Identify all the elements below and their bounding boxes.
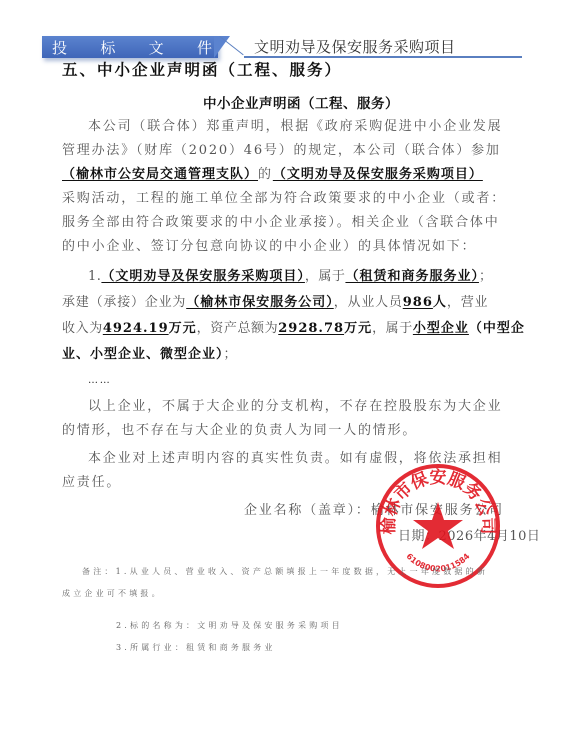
note-1-line-2: 成立企业可不填报。 bbox=[62, 588, 163, 599]
project-name: （文明劝导及保安服务采购项目） bbox=[273, 167, 483, 182]
banner-char: 件 bbox=[197, 37, 212, 58]
item-line: 业、小型企业、微型企业）； bbox=[62, 346, 502, 364]
enterprise-type: 小型企业 bbox=[413, 321, 469, 336]
purchaser-name: （榆林市公安局交通管理支队） bbox=[62, 167, 258, 182]
note-3: 3.所属行业：租赁和商务服务业 bbox=[116, 642, 276, 653]
body-line: 采购活动，工程的施工单位全部为符合政策要求的中小企业（或者： bbox=[62, 190, 502, 208]
ellipsis: …… bbox=[62, 372, 502, 390]
item-line: 1.（文明劝导及保安服务采购项目），属于（租赁和商务服务业）； bbox=[62, 268, 502, 286]
body-line: 的情形，也不存在与大企业的负责人为同一人的情形。 bbox=[62, 422, 502, 440]
body-line: 管理办法》（财库（2020）46号）的规定，本公司（联合体）参加 bbox=[62, 142, 502, 160]
item-line: 承建（承接）企业为（榆林市保安服务公司），从业人员986人，营业 bbox=[62, 294, 502, 312]
item-project: （文明劝导及保安服务采购项目） bbox=[101, 269, 305, 284]
note-2: 2.标的名称为：文明劝导及保安服务采购项目 bbox=[116, 620, 343, 631]
declaration-title: 中小企业声明函（工程、服务） bbox=[0, 92, 572, 112]
banner-char: 标 bbox=[100, 37, 115, 58]
body-line: 服务全部由符合政策要求的中小企业承接）。相关企业（含联合体中 bbox=[62, 214, 502, 232]
note-1-line-1: 备注：1.从业人员、营业收入、资产总额填报上一年度数据，无上一年度数据的新 bbox=[82, 566, 488, 577]
staff-count: 986 bbox=[403, 295, 433, 310]
body-line: （榆林市公安局交通管理支队）的（文明劝导及保安服务采购项目） bbox=[62, 166, 502, 184]
project-title: 文明劝导及保安服务采购项目 bbox=[254, 36, 456, 57]
body-line: 以上企业，不属于大企业的分支机构，不存在控股股东为大企业 bbox=[62, 398, 502, 416]
contractor-name: （榆林市保安服务公司） bbox=[186, 295, 334, 310]
banner-text: 投 标 文 件 bbox=[52, 37, 212, 58]
item-line: 收入为4924.19万元，资产总额为2928.78万元，属于小型企业（中型企 bbox=[62, 320, 502, 338]
banner-char: 文 bbox=[149, 37, 164, 58]
item-industry: （租赁和商务服务业） bbox=[345, 269, 479, 284]
body-line: 的中小企业、签订分包意向协议的中小企业）的具体情况如下： bbox=[62, 238, 502, 256]
revenue-value: 4924.19 bbox=[103, 321, 169, 336]
banner-char: 投 bbox=[52, 37, 67, 58]
assets-value: 2928.78 bbox=[278, 321, 344, 336]
section-title: 五、中小企业声明函（工程、服务） bbox=[62, 58, 342, 80]
body-line: 本公司（联合体）郑重声明，根据《政府采购促进中小企业发展 bbox=[62, 118, 502, 136]
